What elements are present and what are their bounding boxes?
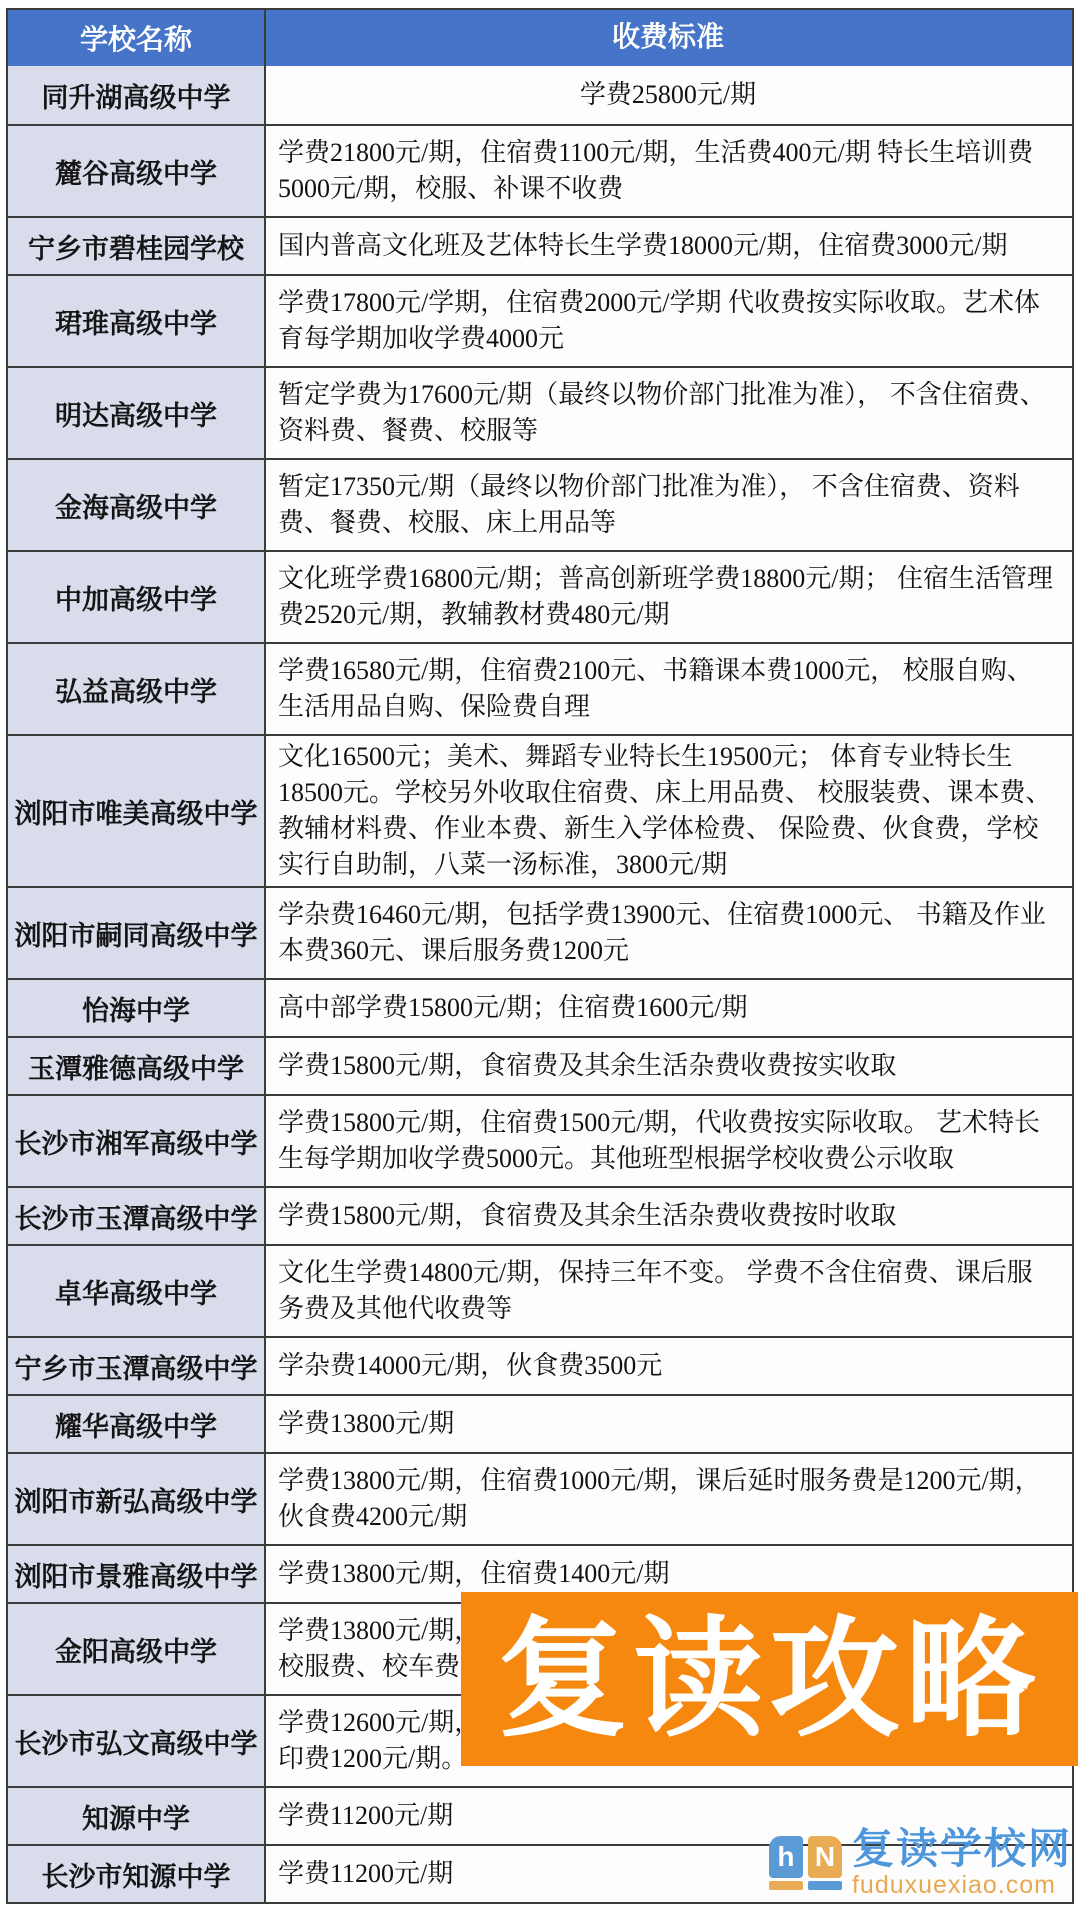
school-name-cell: 浏阳市景雅高级中学 <box>8 1546 266 1602</box>
school-name-cell: 怡海中学 <box>8 980 266 1036</box>
fee-standard-cell: 暂定17350元/期（最终以物价部门批准为准）， 不含住宿费、资料费、餐费、校服… <box>266 460 1072 550</box>
fee-standard-cell: 学杂费14000元/期，伙食费3500元 <box>266 1338 1072 1394</box>
fee-standard-cell: 学费15800元/期，住宿费1500元/期，代收费按实际收取。 艺术特长生每学期… <box>266 1096 1072 1186</box>
school-name-cell: 耀华高级中学 <box>8 1396 266 1452</box>
fee-standard-cell: 文化16500元；美术、舞蹈专业特长生19500元； 体育专业特长生18500元… <box>266 736 1072 886</box>
school-name-cell: 长沙市湘军高级中学 <box>8 1096 266 1186</box>
school-name-cell: 长沙市知源中学 <box>8 1846 266 1902</box>
fee-table-page: 学校名称 收费标准 同升湖高级中学学费25800元/期麓谷高级中学学费21800… <box>0 0 1080 1906</box>
table-row: 玉潭雅德高级中学学费15800元/期，食宿费及其余生活杂费收费按实收取 <box>8 1036 1072 1094</box>
fee-standard-cell: 学费15800元/期，食宿费及其余生活杂费收费按实收取 <box>266 1038 1072 1094</box>
table-row: 长沙市玉潭高级中学学费15800元/期，食宿费及其余生活杂费收费按时收取 <box>8 1186 1072 1244</box>
fudu-gonglue-banner: 复读攻略 <box>461 1592 1078 1766</box>
fee-standard-cell: 学杂费16460元/期，包括学费13900元、住宿费1000元、 书籍及作业本费… <box>266 888 1072 978</box>
table-row: 同升湖高级中学学费25800元/期 <box>8 66 1072 124</box>
fee-standard-cell: 学费13800元/期 <box>266 1396 1072 1452</box>
site-watermark: h N 复读学校网 fuduxuexiao.com <box>769 1828 1072 1898</box>
logo-bar-left <box>769 1881 803 1890</box>
school-name-cell: 浏阳市嗣同高级中学 <box>8 888 266 978</box>
header-school-name: 学校名称 <box>8 10 266 66</box>
fee-standard-cell: 学费21800元/期，住宿费1100元/期，生活费400元/期 特长生培训费50… <box>266 126 1072 216</box>
watermark-text: 复读学校网 fuduxuexiao.com <box>852 1828 1072 1898</box>
logo-left-column: h <box>769 1836 803 1890</box>
school-name-cell: 弘益高级中学 <box>8 644 266 734</box>
fee-standard-cell: 高中部学费15800元/期；住宿费1600元/期 <box>266 980 1072 1036</box>
school-name-cell: 明达高级中学 <box>8 368 266 458</box>
logo-book-h-icon: h <box>769 1836 803 1878</box>
table-row: 金海高级中学暂定17350元/期（最终以物价部门批准为准）， 不含住宿费、资料费… <box>8 458 1072 550</box>
table-row: 怡海中学高中部学费15800元/期；住宿费1600元/期 <box>8 978 1072 1036</box>
school-name-cell: 长沙市弘文高级中学 <box>8 1696 266 1786</box>
school-name-cell: 宁乡市玉潭高级中学 <box>8 1338 266 1394</box>
school-name-cell: 中加高级中学 <box>8 552 266 642</box>
table-row: 中加高级中学文化班学费16800元/期；普高创新班学费18800元/期； 住宿生… <box>8 550 1072 642</box>
header-fee-standard: 收费标准 <box>266 10 1072 66</box>
table-row: 明达高级中学暂定学费为17600元/期（最终以物价部门批准为准）， 不含住宿费、… <box>8 366 1072 458</box>
school-name-cell: 珺琟高级中学 <box>8 276 266 366</box>
table-row: 珺琟高级中学学费17800元/学期，住宿费2000元/学期 代收费按实际收取。艺… <box>8 274 1072 366</box>
school-name-cell: 金海高级中学 <box>8 460 266 550</box>
table-row: 耀华高级中学学费13800元/期 <box>8 1394 1072 1452</box>
fee-standard-cell: 学费13800元/期，住宿费1000元/期，课后延时服务费是1200元/期， 伙… <box>266 1454 1072 1544</box>
school-name-cell: 知源中学 <box>8 1788 266 1844</box>
school-name-cell: 同升湖高级中学 <box>8 66 266 124</box>
fee-standard-cell: 学费17800元/学期，住宿费2000元/学期 代收费按实际收取。艺术体育每学期… <box>266 276 1072 366</box>
table-row: 麓谷高级中学学费21800元/期，住宿费1100元/期，生活费400元/期 特长… <box>8 124 1072 216</box>
table-row: 浏阳市新弘高级中学学费13800元/期，住宿费1000元/期，课后延时服务费是1… <box>8 1452 1072 1544</box>
fee-standard-cell: 国内普高文化班及艺体特长生学费18000元/期，住宿费3000元/期 <box>266 218 1072 274</box>
site-name: 复读学校网 <box>852 1828 1072 1870</box>
school-name-cell: 浏阳市新弘高级中学 <box>8 1454 266 1544</box>
logo-bar-right <box>808 1881 842 1890</box>
table-row: 宁乡市碧桂园学校国内普高文化班及艺体特长生学费18000元/期，住宿费3000元… <box>8 216 1072 274</box>
table-header-row: 学校名称 收费标准 <box>8 10 1072 66</box>
school-name-cell: 宁乡市碧桂园学校 <box>8 218 266 274</box>
fee-standard-cell: 学费16580元/期，住宿费2100元、书籍课本费1000元， 校服自购、生活用… <box>266 644 1072 734</box>
school-name-cell: 卓华高级中学 <box>8 1246 266 1336</box>
school-name-cell: 浏阳市唯美高级中学 <box>8 736 266 886</box>
table-row: 浏阳市嗣同高级中学学杂费16460元/期，包括学费13900元、住宿费1000元… <box>8 886 1072 978</box>
site-logo: h N <box>769 1836 842 1890</box>
banner-text: 复读攻略 <box>497 1614 1041 1744</box>
school-name-cell: 麓谷高级中学 <box>8 126 266 216</box>
fee-standard-cell: 文化班学费16800元/期；普高创新班学费18800元/期； 住宿生活管理费25… <box>266 552 1072 642</box>
table-row: 卓华高级中学文化生学费14800元/期，保持三年不变。 学费不含住宿费、课后服务… <box>8 1244 1072 1336</box>
table-row: 宁乡市玉潭高级中学学杂费14000元/期，伙食费3500元 <box>8 1336 1072 1394</box>
site-url: fuduxuexiao.com <box>852 1873 1072 1898</box>
table-row: 长沙市湘军高级中学学费15800元/期，住宿费1500元/期，代收费按实际收取。… <box>8 1094 1072 1186</box>
logo-right-column: N <box>808 1836 842 1890</box>
school-name-cell: 金阳高级中学 <box>8 1604 266 1694</box>
fee-standard-cell: 学费15800元/期，食宿费及其余生活杂费收费按时收取 <box>266 1188 1072 1244</box>
table-row: 浏阳市唯美高级中学文化16500元；美术、舞蹈专业特长生19500元； 体育专业… <box>8 734 1072 886</box>
logo-book-n-icon: N <box>808 1836 842 1878</box>
table-row: 弘益高级中学学费16580元/期，住宿费2100元、书籍课本费1000元， 校服… <box>8 642 1072 734</box>
fee-standard-cell: 学费25800元/期 <box>266 66 1072 124</box>
school-name-cell: 长沙市玉潭高级中学 <box>8 1188 266 1244</box>
fee-standard-cell: 文化生学费14800元/期，保持三年不变。 学费不含住宿费、课后服务费及其他代收… <box>266 1246 1072 1336</box>
school-name-cell: 玉潭雅德高级中学 <box>8 1038 266 1094</box>
fee-standard-cell: 暂定学费为17600元/期（最终以物价部门批准为准）， 不含住宿费、资料费、餐费… <box>266 368 1072 458</box>
